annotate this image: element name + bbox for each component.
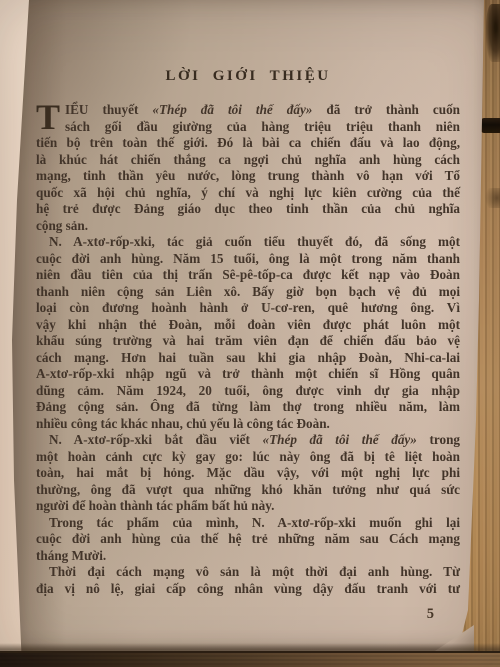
text-line: hệ trẻ được Đảng giáo dục theo tinh thần…: [36, 201, 460, 218]
intro-paragraph-3: N. A-xtơ-rốp-xki bắt đầu viết «Thép đã t…: [36, 432, 460, 515]
text-line: Đảng cộng sản. Ông đã từng làm thợ trong…: [36, 399, 460, 416]
intro-paragraph-4: Trong tác phẩm của mình, N. A-xtơ-rốp-xk…: [36, 515, 460, 565]
text-segment: IỂU thuyết: [65, 102, 152, 117]
text-segment: N. A-xtơ-rốp-xki bắt đầu viết: [49, 432, 262, 447]
text-line: tháng Mười.: [36, 548, 460, 565]
text-line: cuộc đời anh hùng. Năm 15 tuổi, ông là m…: [36, 251, 460, 268]
book-photo: LỜI GIỚI THIỆU T IỂU thuyết «Thép đã tôi…: [0, 0, 500, 667]
text-segment: đã trở thành cuốn: [312, 102, 460, 117]
text-line: địa vị nô lệ, giai cấp công nhân vùng dậ…: [36, 581, 460, 598]
novel-title-italic: «Thép đã tôi thế đấy»: [262, 432, 416, 447]
text-line: Thời đại cách mạng vô sản là một thời đạ…: [36, 564, 460, 581]
novel-title-italic: «Thép đã tôi thế đấy»: [152, 102, 312, 117]
intro-paragraph-1: T IỂU thuyết «Thép đã tôi thế đấy» đã tr…: [36, 102, 460, 234]
text-line: N. A-xtơ-rốp-xki bắt đầu viết «Thép đã t…: [36, 432, 460, 449]
text-line: Trong tác phẩm của mình, N. A-xtơ-rốp-xk…: [36, 515, 460, 532]
intro-paragraph-2: N. A-xtơ-rốp-xki, tác giả cuốn tiểu thuy…: [36, 234, 460, 432]
text-line: vậy khi nhận thẻ Đoàn, mỗi đoàn viên đượ…: [36, 317, 460, 334]
text-line: dũng cảm. Năm 1924, 20 tuổi, ông được vi…: [36, 383, 460, 400]
text-line: quốc xã hội chủ nghĩa, ý chí và nghị lực…: [36, 185, 460, 202]
intro-paragraph-5: Thời đại cách mạng vô sản là một thời đạ…: [36, 564, 460, 597]
page-text: LỜI GIỚI THIỆU T IỂU thuyết «Thép đã tôi…: [36, 68, 460, 623]
text-line: loại còn đương hoành hành ở U-cơ-ren, qu…: [36, 300, 460, 317]
text-line: một hoàn cảnh cực kỳ gay go: lúc này ông…: [36, 449, 460, 466]
text-line: tiến bộ trên toàn thế giới. Đó là bài ca…: [36, 135, 460, 152]
text-line: cuộc đời anh hùng của thế hệ trẻ những n…: [36, 531, 460, 548]
text-line: sách gối đầu giường của hàng triệu triệu…: [36, 119, 460, 136]
bottom-wood: [0, 651, 500, 667]
text-line: thanh niên cộng sản Liên xô. Bấy giờ bọn…: [36, 284, 460, 301]
dropcap: T: [36, 102, 65, 133]
text-line: mạng, tinh thần yêu nước, lòng trung thà…: [36, 168, 460, 185]
wood-knot: [486, 4, 500, 62]
text-line: là khúc hát chiến thắng ca ngợi chủ nghĩ…: [36, 152, 460, 169]
text-line: cộng sản.: [36, 218, 460, 235]
page-title: LỜI GIỚI THIỆU: [36, 68, 460, 85]
text-line: khẩu súng trường và hai trăm viên đạn để…: [36, 333, 460, 350]
wood-gap: [481, 118, 500, 133]
text-line: người để hoàn thành tác phẩm bất hủ này.: [36, 498, 460, 515]
text-line: IỂU thuyết «Thép đã tôi thế đấy» đã trở …: [36, 102, 460, 119]
text-line: A-xtơ-rốp-xki nhập ngũ và trở thành một …: [36, 366, 460, 383]
text-segment: trong: [417, 432, 460, 447]
text-line: niên đầu tiên của thị trấn Sê-pê-tốp-ca …: [36, 267, 460, 284]
text-line: nhiều công tác khác nhau, chủ yếu là côn…: [36, 416, 460, 433]
page-number: 5: [36, 606, 460, 623]
text-line: cách mạng. Hơn hai tuần sau khi gia nhập…: [36, 350, 460, 367]
text-line: N. A-xtơ-rốp-xki, tác giả cuốn tiểu thuy…: [36, 234, 460, 251]
text-line: toàn, hai mắt bị hỏng. Mặc dầu vậy, với …: [36, 465, 460, 482]
wood-streak: [485, 188, 500, 208]
text-line: thường, ông đã vượt qua những khó khăn t…: [36, 482, 460, 499]
